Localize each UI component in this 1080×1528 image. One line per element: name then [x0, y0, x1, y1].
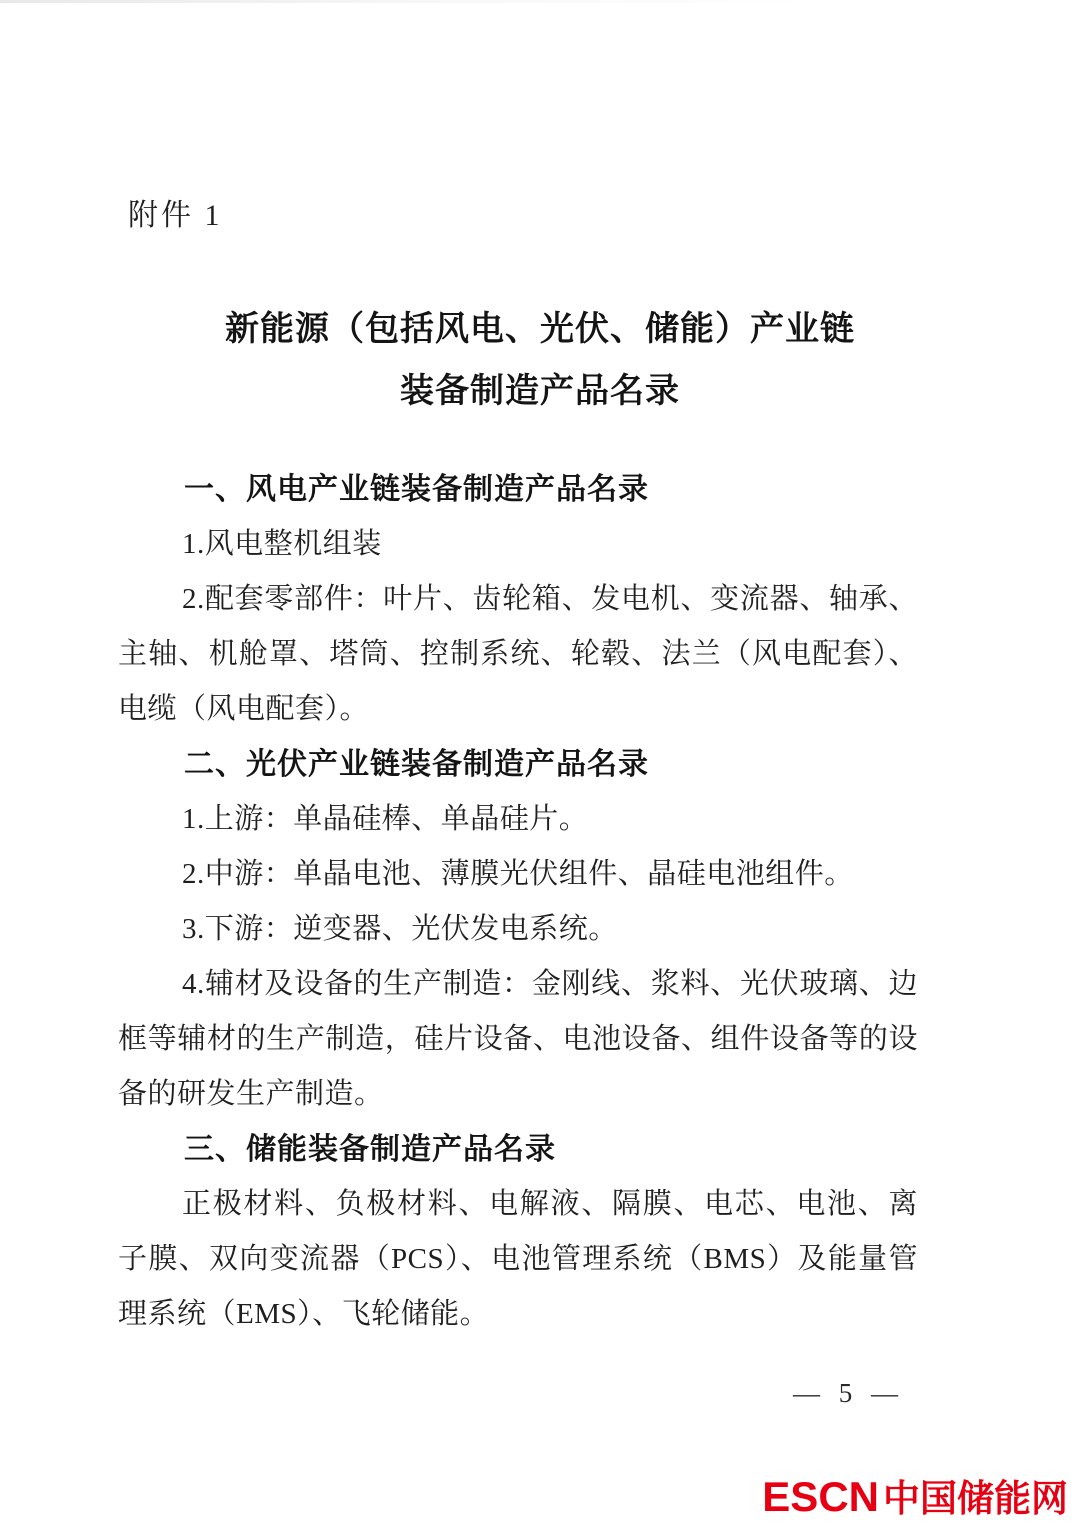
section-heading-wind: 一、风电产业链装备制造产品名录 [118, 462, 918, 517]
escn-logo: ESCN中国储能网 [762, 1468, 1068, 1522]
storage-item-list: 正极材料、负极材料、电解液、隔膜、电芯、电池、离子膜、双向变流器（PCS）、电池… [118, 1177, 918, 1342]
title-line-1: 新能源（包括风电、光伏、储能）产业链 [225, 310, 855, 348]
pv-item-materials-equipment: 4.辅材及设备的生产制造：金刚线、浆料、光伏玻璃、边框等辅材的生产制造，硅片设备… [118, 957, 918, 1122]
section-heading-storage: 三、储能装备制造产品名录 [118, 1122, 918, 1177]
page-number: — 5 — [793, 1378, 904, 1409]
scan-edge-artifact [0, 0, 1080, 3]
section-heading-pv: 二、光伏产业链装备制造产品名录 [118, 737, 918, 792]
section-energy-storage: 三、储能装备制造产品名录 正极材料、负极材料、电解液、隔膜、电芯、电池、离子膜、… [118, 1122, 918, 1342]
document-body: 一、风电产业链装备制造产品名录 1.风电整机组装 2.配套零部件：叶片、齿轮箱、… [118, 462, 918, 1342]
escn-logo-text: ESCN [762, 1473, 879, 1520]
wind-item-components: 2.配套零部件：叶片、齿轮箱、发电机、变流器、轴承、主轴、机舱罩、塔筒、控制系统… [118, 572, 918, 737]
escn-site-name: 中国储能网 [883, 1478, 1068, 1519]
pv-item-downstream: 3.下游：逆变器、光伏发电系统。 [118, 902, 918, 957]
attachment-label: 附件 1 [128, 190, 223, 234]
section-wind-power: 一、风电产业链装备制造产品名录 1.风电整机组装 2.配套零部件：叶片、齿轮箱、… [118, 462, 918, 737]
document-title: 新能源（包括风电、光伏、储能）产业链 装备制造产品名录 [0, 298, 1080, 422]
pv-item-upstream: 1.上游：单晶硅棒、单晶硅片。 [118, 792, 918, 847]
pv-item-midstream: 2.中游：单晶电池、薄膜光伏组件、晶硅电池组件。 [118, 847, 918, 902]
wind-item-assembly: 1.风电整机组装 [118, 517, 918, 572]
section-photovoltaic: 二、光伏产业链装备制造产品名录 1.上游：单晶硅棒、单晶硅片。 2.中游：单晶电… [118, 737, 918, 1122]
title-line-2: 装备制造产品名录 [400, 372, 680, 410]
document-page: 附件 1 新能源（包括风电、光伏、储能）产业链 装备制造产品名录 一、风电产业链… [0, 0, 1080, 1528]
